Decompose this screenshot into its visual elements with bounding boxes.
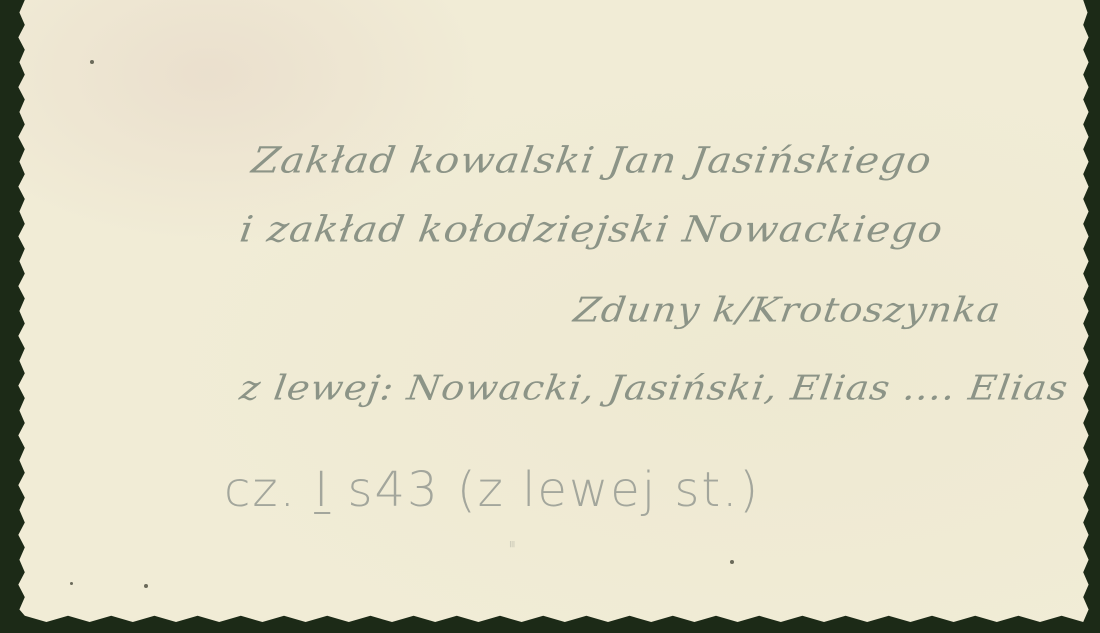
archive-reference-note: cz. I s43 (z lewej st.) [224, 462, 760, 518]
handwritten-line-1: Zakład kowalski Jan Jasińskiego [249, 140, 935, 181]
photo-back-scan: Zakład kowalski Jan Jasińskiego i zakład… [0, 0, 1100, 633]
reference-page: s43 [348, 462, 440, 518]
paper-speck [90, 60, 94, 64]
handwritten-line-2: i zakład kołodziejski Nowackiego [237, 209, 946, 250]
paper-speck [70, 582, 73, 585]
faint-stamp-mark: ≡ [506, 540, 516, 548]
handwritten-line-3: Zduny k/Krotoszynka [571, 290, 1003, 330]
paper-card: Zakład kowalski Jan Jasińskiego i zakład… [14, 0, 1094, 622]
reference-roman-numeral: I [314, 462, 330, 518]
reference-prefix: cz. [224, 462, 297, 518]
paper-speck [730, 560, 734, 564]
handwritten-line-4: z lewej: Nowacki, Jasiński, Elias .... E… [237, 368, 1100, 408]
reference-note: (z lewej st.) [457, 462, 760, 518]
paper-speck [144, 584, 148, 588]
